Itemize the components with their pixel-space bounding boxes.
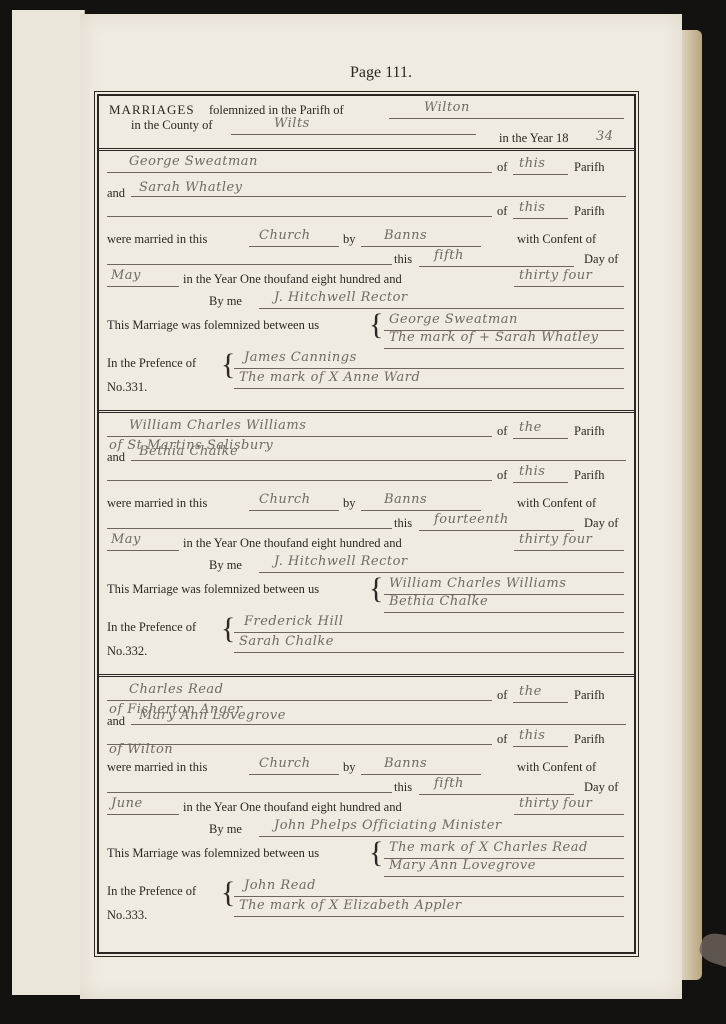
witness-2: The mark of X Elizabeth Appler bbox=[239, 898, 462, 913]
officiant: J. Hitchwell Rector bbox=[274, 554, 408, 569]
entry-number: No.331. bbox=[107, 380, 147, 395]
groom-of: the bbox=[519, 420, 542, 435]
entry-divider bbox=[99, 410, 634, 413]
witness-1: James Cannings bbox=[244, 350, 357, 365]
officiant: John Phelps Officiating Minister bbox=[274, 818, 502, 833]
witness-2: The mark of X Anne Ward bbox=[239, 370, 420, 385]
bride-of: this bbox=[519, 464, 545, 479]
bride-of: this bbox=[519, 728, 545, 743]
signature-groom: The mark of X Charles Read bbox=[389, 840, 588, 855]
header-year-label: in the Year 18 bbox=[499, 131, 568, 146]
signature-bride: The mark of + Sarah Whatley bbox=[389, 330, 599, 345]
marriage-by: Banns bbox=[384, 228, 427, 243]
page-number: Page 111. bbox=[80, 64, 682, 82]
marriage-month: May bbox=[111, 268, 141, 283]
marriage-month: June bbox=[111, 796, 143, 811]
marriage-day: fifth bbox=[434, 776, 464, 791]
marriage-place: Church bbox=[259, 756, 311, 771]
marriage-year: thirty four bbox=[519, 268, 592, 283]
marriage-day: fourteenth bbox=[434, 512, 509, 527]
marriage-entry: William Charles Williams of the Parifh o… bbox=[99, 416, 634, 676]
marriage-by: Banns bbox=[384, 492, 427, 507]
register-frame: MARRIAGES folemnized in the Parifh of Wi… bbox=[97, 94, 636, 954]
groom-of: the bbox=[519, 684, 542, 699]
register-page: Page 111. MARRIAGES folemnized in the Pa… bbox=[80, 14, 682, 999]
marriage-by: Banns bbox=[384, 756, 427, 771]
marriage-entry: Charles Read of the Parifh of Fisherton … bbox=[99, 680, 634, 940]
signature-bride: Bethia Chalke bbox=[389, 594, 488, 609]
marriage-year: thirty four bbox=[519, 532, 592, 547]
groom-name: George Sweatman bbox=[129, 154, 258, 169]
header-county-label: in the County of bbox=[131, 118, 213, 133]
witness-1: John Read bbox=[244, 878, 316, 893]
marriage-entry: George Sweatman of this Parifh and Sarah… bbox=[99, 152, 634, 412]
register-header: MARRIAGES folemnized in the Parifh of Wi… bbox=[99, 96, 634, 151]
signature-groom: George Sweatman bbox=[389, 312, 518, 327]
groom-name: Charles Read bbox=[129, 682, 224, 697]
header-parish: Wilton bbox=[424, 100, 470, 115]
marriage-month: May bbox=[111, 532, 141, 547]
entry-number: No.333. bbox=[107, 908, 147, 923]
header-county: Wilts bbox=[274, 116, 310, 131]
entry-number: No.332. bbox=[107, 644, 147, 659]
witness-2: Sarah Chalke bbox=[239, 634, 334, 649]
signature-bride: Mary Ann Lovegrove bbox=[389, 858, 536, 873]
header-marriages: MARRIAGES bbox=[109, 102, 195, 118]
marriage-place: Church bbox=[259, 492, 311, 507]
marriage-place: Church bbox=[259, 228, 311, 243]
bride-name: Mary Ann Lovegrove bbox=[139, 708, 286, 723]
facing-page-edge bbox=[12, 10, 85, 995]
marriage-year: thirty four bbox=[519, 796, 592, 811]
bride-of: this bbox=[519, 200, 545, 215]
entry-divider bbox=[99, 674, 634, 677]
witness-1: Frederick Hill bbox=[244, 614, 343, 629]
bride-residence: of Wilton bbox=[109, 742, 173, 757]
bride-name: Sarah Whatley bbox=[139, 180, 243, 195]
header-year: 34 bbox=[596, 129, 614, 144]
signature-groom: William Charles Williams bbox=[389, 576, 566, 591]
groom-name: William Charles Williams bbox=[129, 418, 306, 433]
bride-name: Bethia Chalke bbox=[139, 444, 238, 459]
marriage-day: fifth bbox=[434, 248, 464, 263]
officiant: J. Hitchwell Rector bbox=[274, 290, 408, 305]
groom-of: this bbox=[519, 156, 545, 171]
